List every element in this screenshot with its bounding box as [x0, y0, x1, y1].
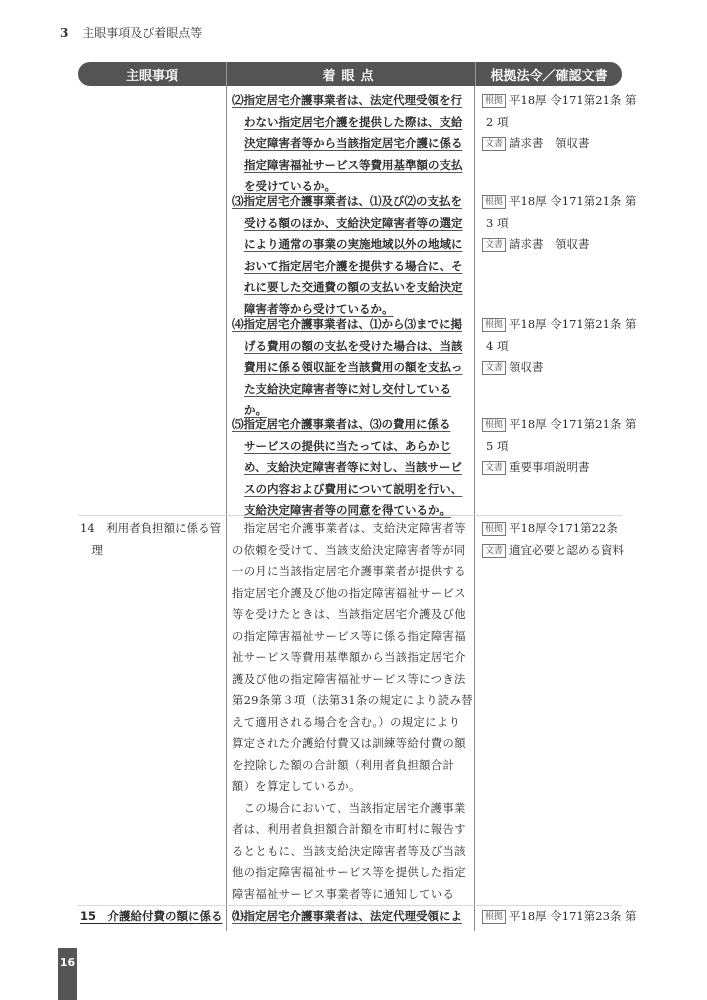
basis-tag: 根拠 — [482, 94, 506, 108]
table-header: 主眼事項 着眼点 根拠法令／確認文書 — [78, 62, 622, 86]
point-item-4: ⑷指定居宅介護事業者は、⑴から⑶までに掲 げる費用の額の支払を受けた場合は、当該… — [232, 314, 463, 422]
basis-ref-14: 根拠平18厚令171第22条 文書適宜必要と認める資料 — [482, 518, 624, 561]
basis-tag: 根拠 — [482, 522, 506, 536]
document-tag: 文書 — [482, 137, 506, 151]
header-main-item: 主眼事項 — [78, 62, 227, 86]
document-tag: 文書 — [482, 461, 506, 475]
basis-ref-5: 根拠平18厚 令171第21条 第 5 項 文書重要事項説明書 — [482, 414, 637, 479]
basis-ref-2: 根拠平18厚 令171第21条 第 2 項 文書請求書 領収書 — [482, 90, 637, 155]
basis-tag: 根拠 — [482, 910, 506, 924]
point-item-2: ⑵指定居宅介護事業者は、法定代理受領を行 わない指定居宅介護を提供した際は、支給… — [232, 90, 463, 198]
column-divider-2 — [474, 86, 475, 931]
point-item-15-1: ⑴指定居宅介護事業者は、法定代理受領によ — [232, 906, 462, 928]
document-tag: 文書 — [482, 544, 506, 558]
header-basis: 根拠法令／確認文書 — [476, 62, 622, 86]
header-points: 着眼点 — [227, 62, 476, 86]
column-divider-1 — [226, 86, 227, 931]
point-item-14: 指定居宅介護事業者は、支給決定障害者等 の依頼を受けて、当該支給決定障害者等が同… — [232, 518, 473, 927]
point-item-3: ⑶指定居宅介護事業者は、⑴及び⑵の支払を 受ける額のほか、支給決定障害者等の選定… — [232, 191, 463, 320]
main-item-15: 15 介護給付費の額に係る — [80, 906, 223, 928]
basis-ref-15: 根拠平18厚 令171第23条 第 — [482, 906, 637, 928]
document-tag: 文書 — [482, 361, 506, 375]
section-number: 3 — [60, 26, 68, 40]
basis-tag: 根拠 — [482, 418, 506, 432]
section-title-text: 主眼事項及び着眼点等 — [82, 26, 202, 40]
basis-tag: 根拠 — [482, 195, 506, 209]
document-tag: 文書 — [482, 238, 506, 252]
main-item-14: 14 利用者負担額に係る管 理 — [80, 518, 221, 561]
point-item-5: ⑸指定居宅介護事業者は、⑶の費用に係る サービスの提供に当たっては、あらかじ め… — [232, 414, 462, 522]
basis-tag: 根拠 — [482, 318, 506, 332]
section-title: 3 主眼事項及び着眼点等 — [60, 24, 202, 41]
page-number: 16 — [58, 948, 77, 1000]
basis-ref-4: 根拠平18厚 令171第21条 第 4 項 文書領収書 — [482, 314, 637, 379]
basis-ref-3: 根拠平18厚 令171第21条 第 3 項 文書請求書 領収書 — [482, 191, 637, 256]
